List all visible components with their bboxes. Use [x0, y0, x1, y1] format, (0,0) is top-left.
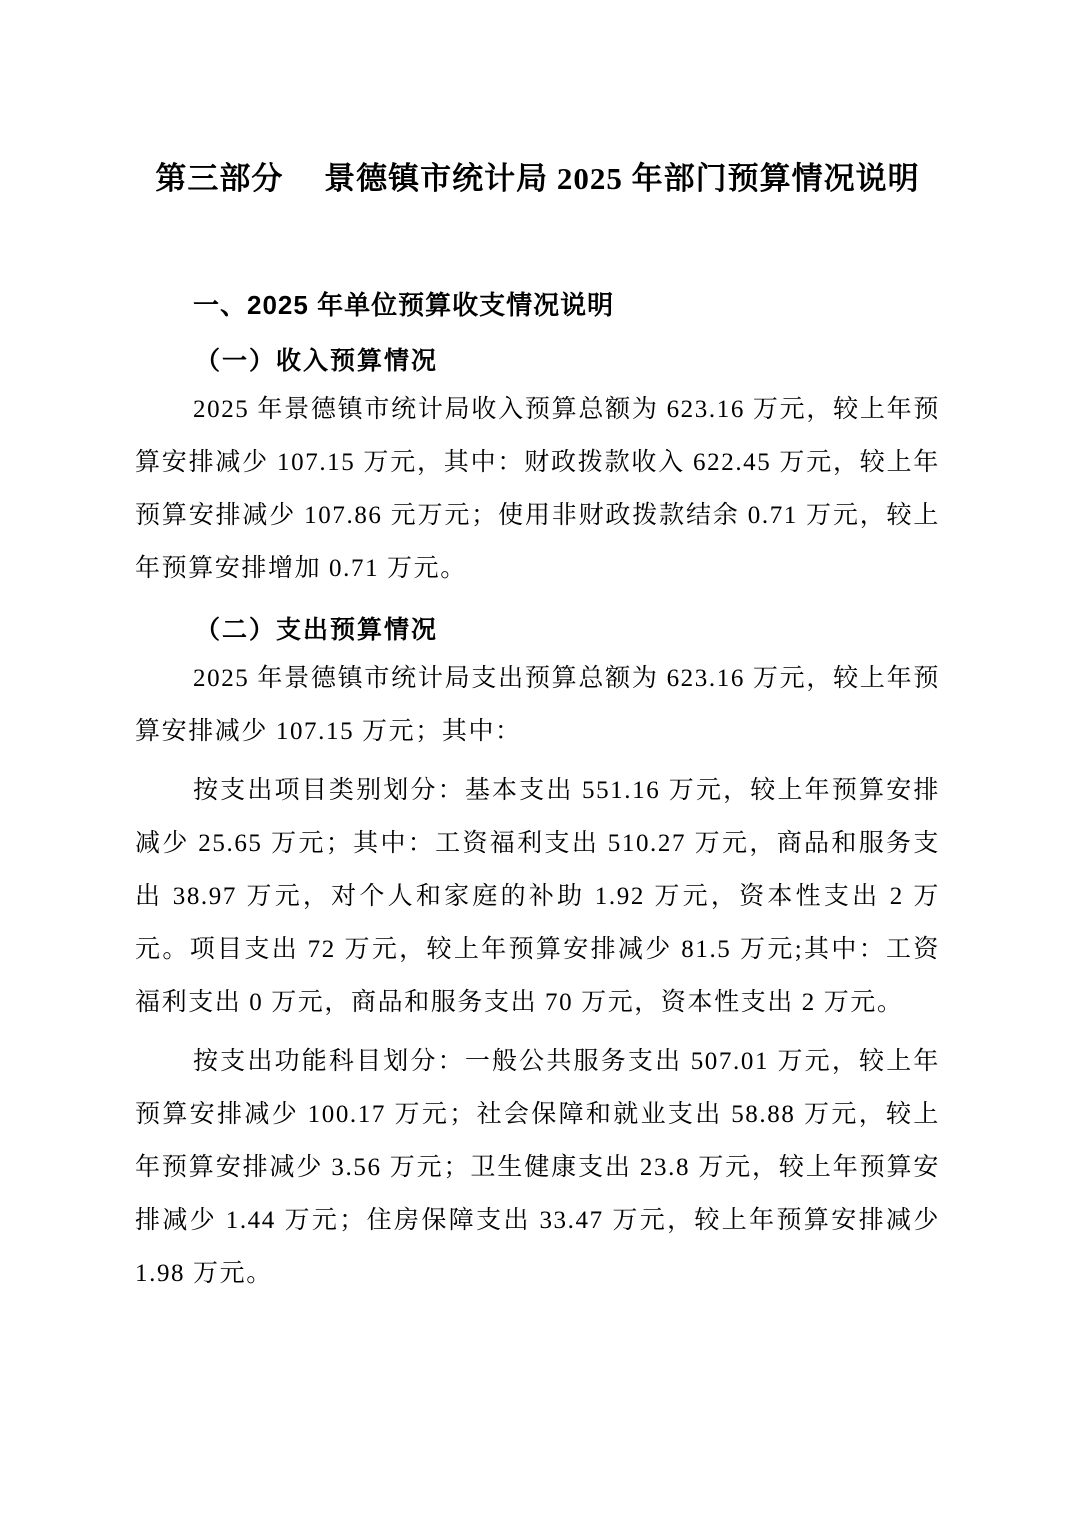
paragraph-income-budget: 2025 年景德镇市统计局收入预算总额为 623.16 万元，较上年预算安排减少… [135, 383, 940, 595]
document-page: 第三部分 景德镇市统计局 2025 年部门预算情况说明 一、2025 年单位预算… [0, 0, 1074, 1520]
section-heading-budget-overview: 一、2025 年单位预算收支情况说明 [135, 284, 940, 326]
paragraph-expenditure-total: 2025 年景德镇市统计局支出预算总额为 623.16 万元，较上年预算安排减少… [135, 652, 940, 758]
paragraph-expenditure-by-function: 按支出功能科目划分：一般公共服务支出 507.01 万元，较上年预算安排减少 1… [135, 1035, 940, 1300]
document-content: 第三部分 景德镇市统计局 2025 年部门预算情况说明 一、2025 年单位预算… [0, 0, 1074, 1300]
document-title: 第三部分 景德镇市统计局 2025 年部门预算情况说明 [135, 158, 940, 200]
paragraph-expenditure-by-item-type: 按支出项目类别划分：基本支出 551.16 万元，较上年预算安排减少 25.65… [135, 764, 940, 1029]
subsection-heading-income-budget: （一）收入预算情况 [135, 341, 940, 383]
subsection-heading-expenditure-budget: （二）支出预算情况 [135, 610, 940, 652]
